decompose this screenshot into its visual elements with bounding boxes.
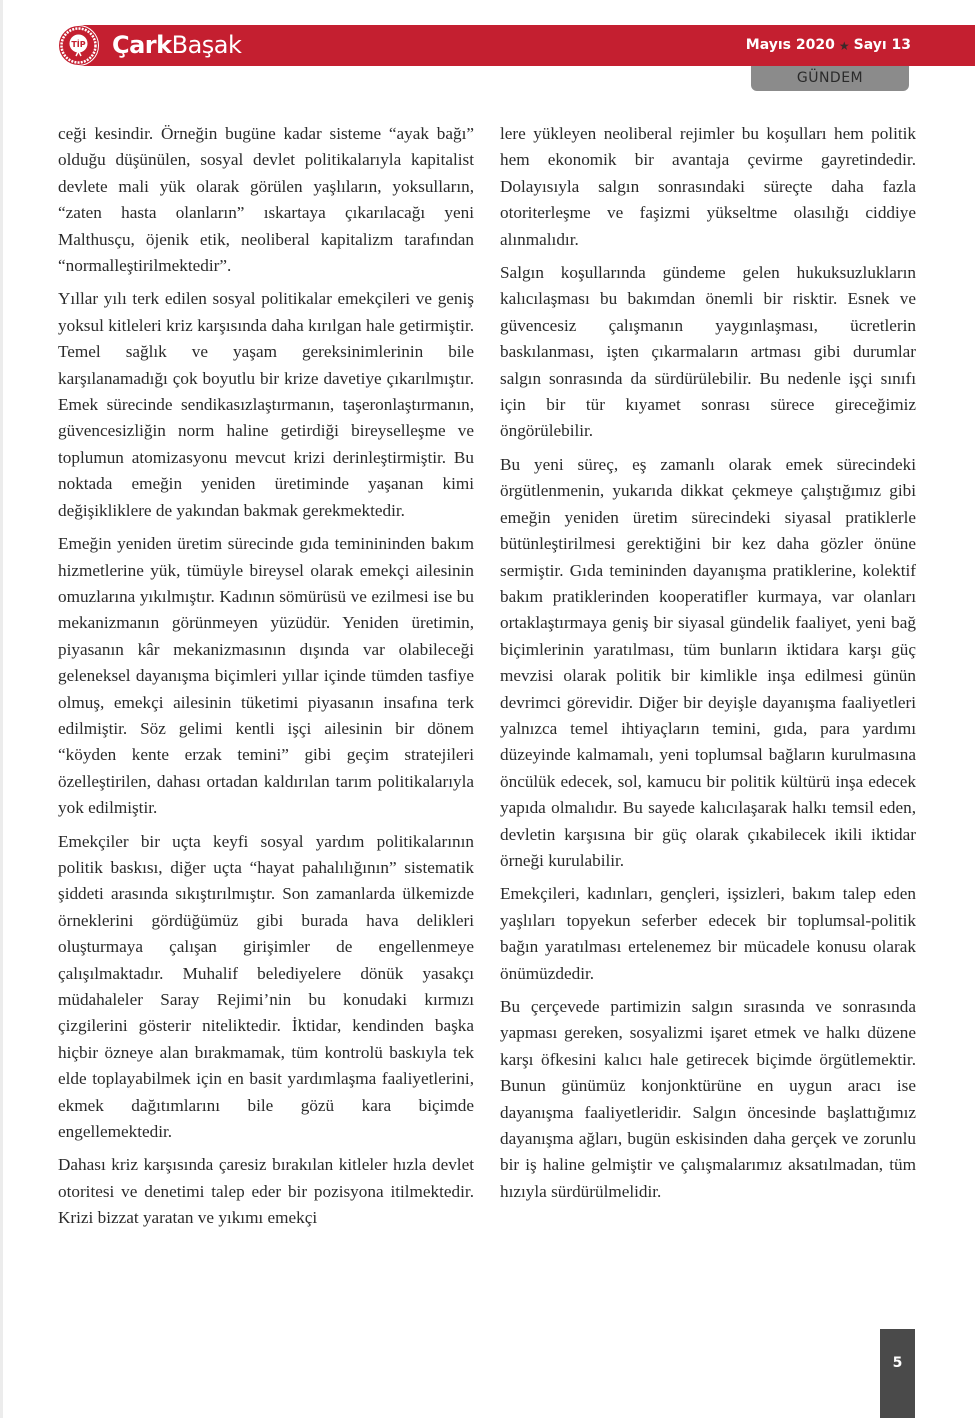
section-tab: GÜNDEM [751,66,909,91]
paragraph: Yıllar yılı terk edilen sosyal politikal… [58,286,474,524]
paragraph: ceği kesindir. Örneğin bugüne kadar sist… [58,121,474,279]
paragraph: Emeğin yeniden üretim sürecinde gıda tem… [58,531,474,821]
issue-number: Sayı 13 [854,37,911,53]
brand-regular: Başak [172,31,242,59]
star-icon: ★ [839,39,850,53]
paragraph: Salgın koşullarında gündeme gelen hukuks… [500,260,916,445]
issue-info: Mayıs 2020★Sayı 13 [746,33,911,57]
article-left-column: ceği kesindir. Örneğin bugüne kadar sist… [58,121,474,1239]
paragraph: lere yükleyen neoliberal rejimler bu koş… [500,121,916,253]
page-number: 5 [880,1329,915,1418]
brand-bold: Çark [112,31,172,59]
issue-date: Mayıs 2020 [746,37,835,53]
tip-logo-icon: TİP [58,25,99,66]
page-edge-shadow [0,0,3,1418]
publication-title: ÇarkBaşak [112,27,241,63]
paragraph: Emekçiler bir uçta keyfi sosyal yardım p… [58,829,474,1146]
svg-text:TİP: TİP [71,39,85,49]
paragraph: Emekçileri, kadınları, gençleri, işsizle… [500,881,916,987]
paragraph: Bu çerçevede partimizin salgın sırasında… [500,994,916,1205]
paragraph: Bu yeni süreç, eş zamanlı olarak emek sü… [500,452,916,875]
paragraph: Dahası kriz karşısında çaresiz bırakılan… [58,1152,474,1231]
article-right-column: lere yükleyen neoliberal rejimler bu koş… [500,121,916,1212]
